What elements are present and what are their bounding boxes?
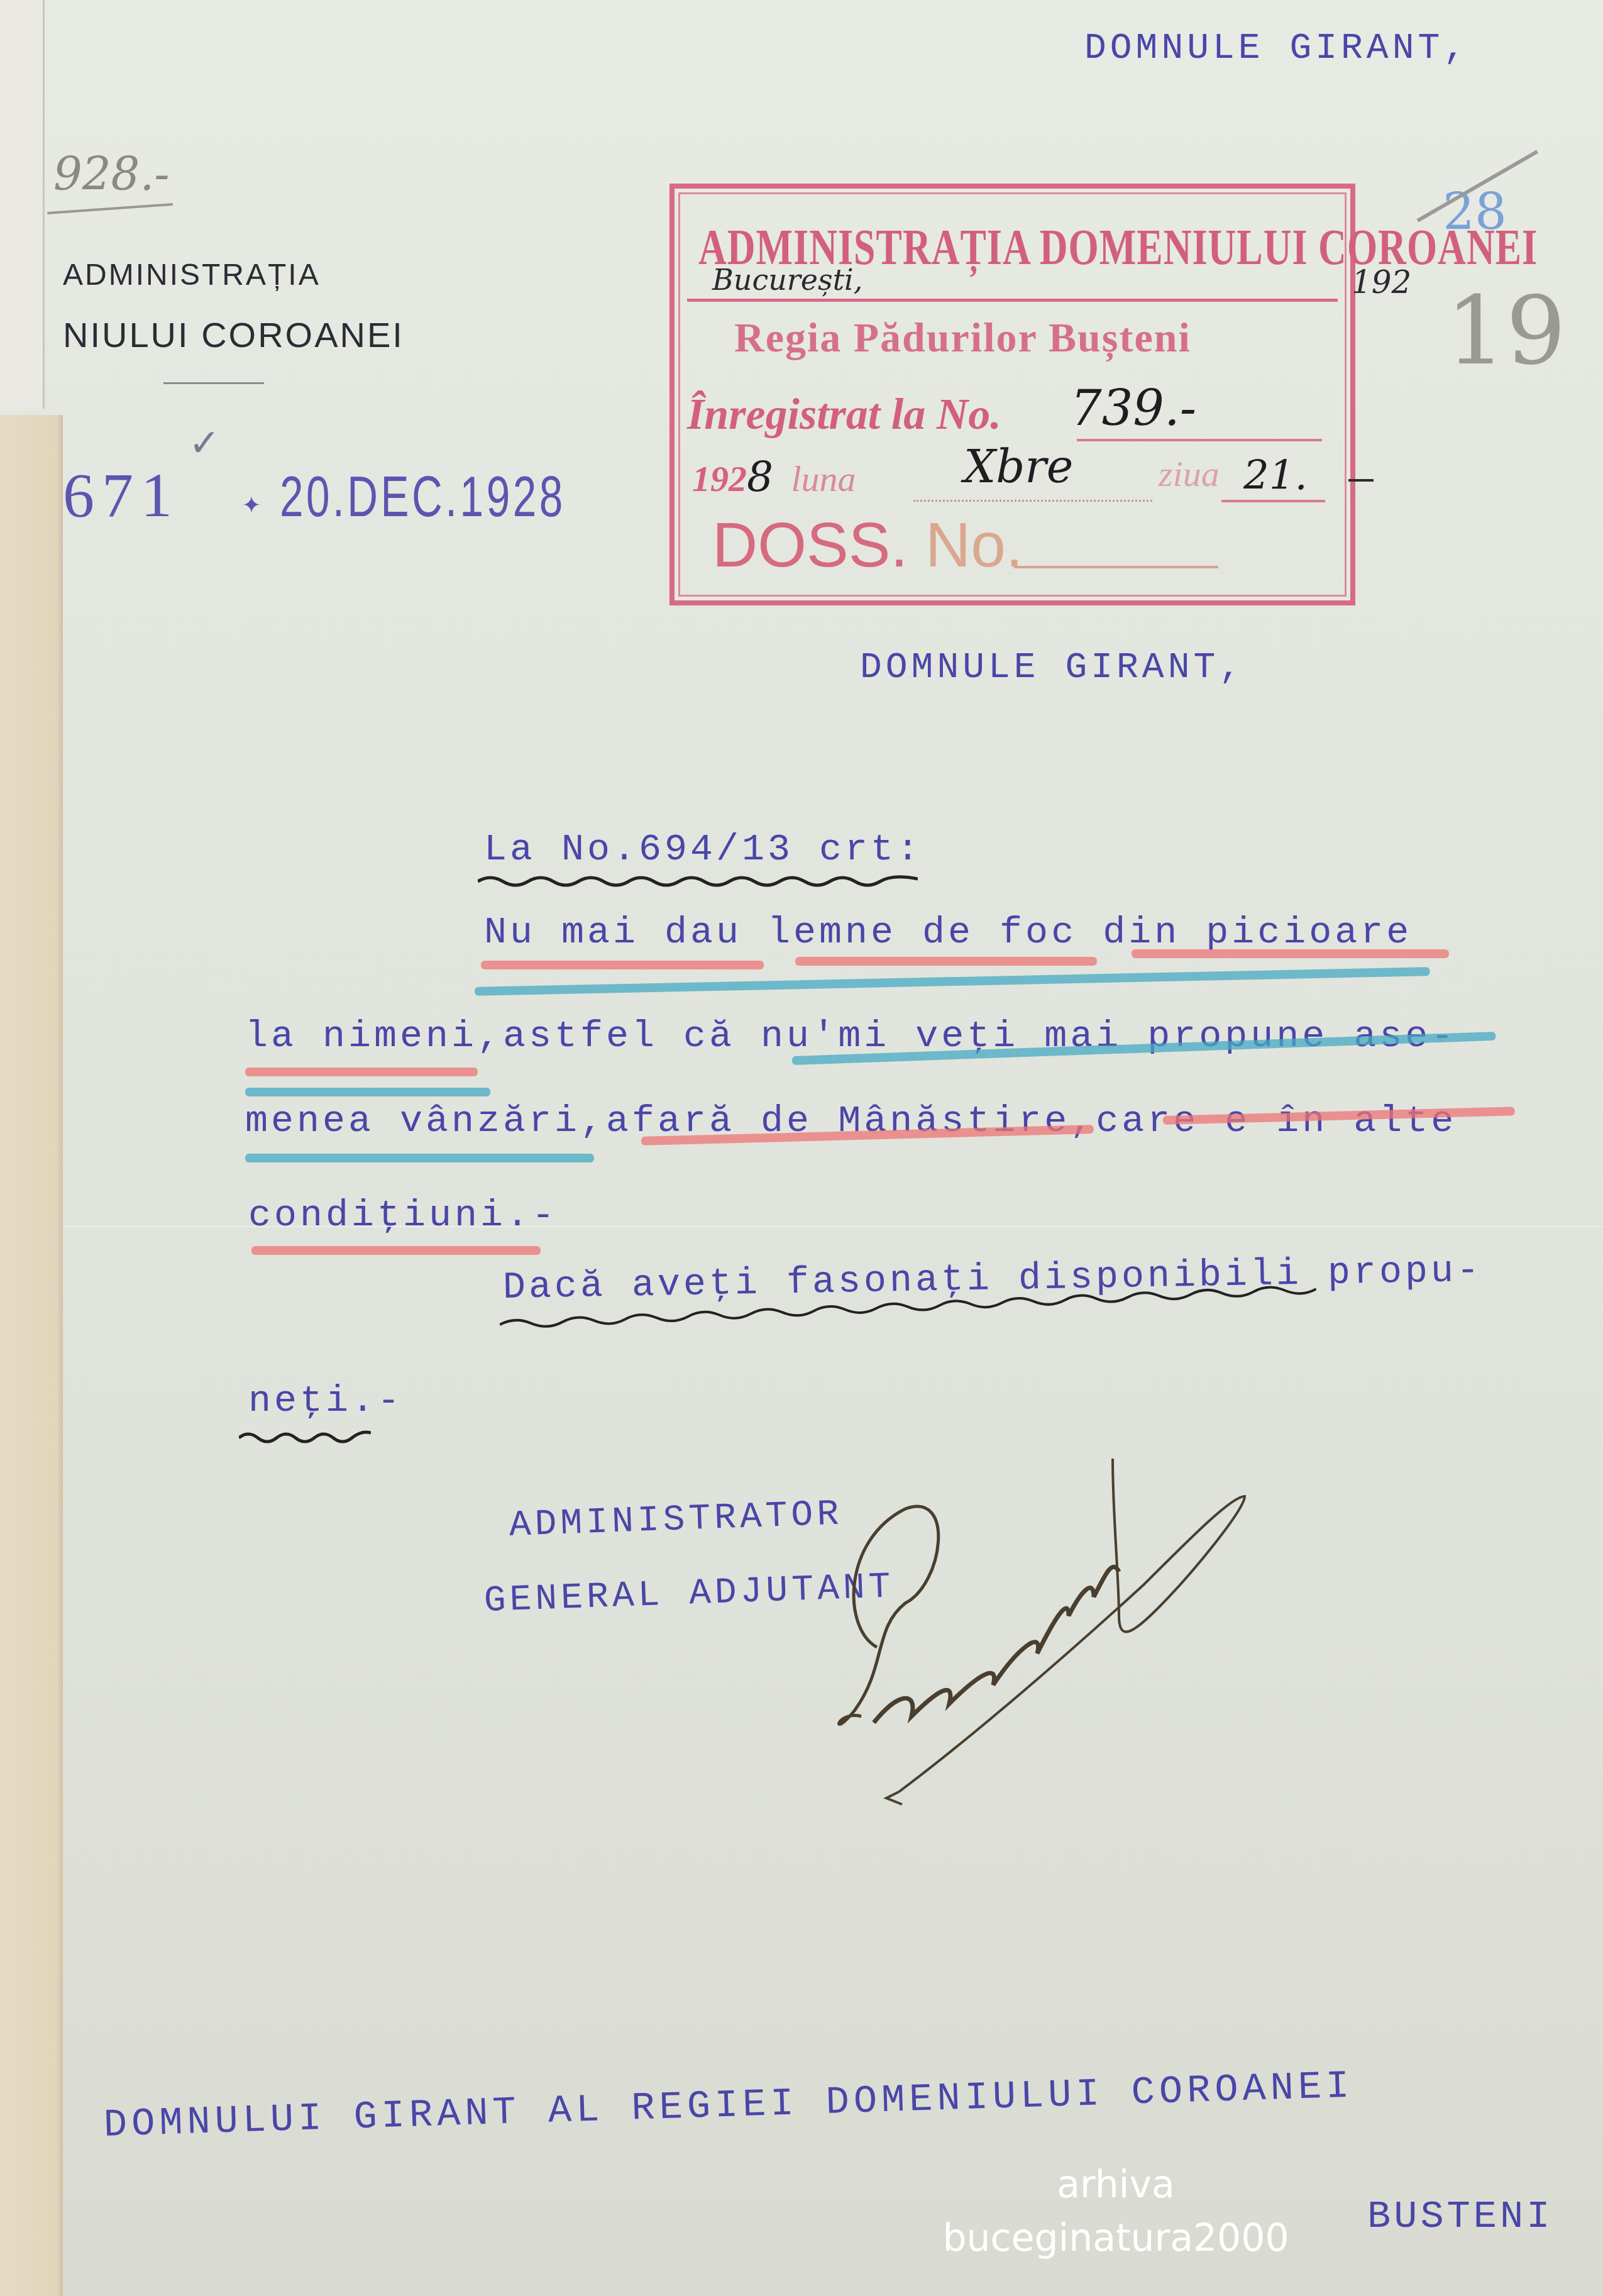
red-highlight <box>481 961 764 969</box>
stamp-registered-label: Înregistrat la No. <box>687 390 1001 440</box>
stamp-day-value: 21. <box>1243 453 1308 499</box>
stamp-month-label: luna <box>791 458 856 499</box>
stamp-city: București, <box>712 263 862 297</box>
document-page: DOMNULE GIRANT, 928.- ADMINISTRAȚIA NIUL… <box>0 0 1603 2296</box>
reference-line: La No.694/13 crt: <box>484 829 922 871</box>
stamp-month-line <box>913 500 1152 502</box>
body-line-4: condiţiuni.- <box>248 1195 558 1237</box>
wavy-underline <box>239 1430 371 1444</box>
stamp-year-handwritten: 8 <box>747 453 773 501</box>
pencil-underline <box>47 203 173 214</box>
registration-stamp: ADMINISTRAȚIA DOMENIULUI COROANEI Bucure… <box>669 184 1355 605</box>
red-highlight <box>1132 949 1449 958</box>
pencil-note: 928.- <box>53 148 170 201</box>
stamp-dossier: DOSS. No. <box>712 509 1023 582</box>
watermark-line-1: arhiva <box>912 2163 1320 2207</box>
reference-underline <box>478 874 918 888</box>
red-highlight <box>795 957 1097 966</box>
body-line-2: la nimeni,astfel că nu'mi veţi mai propu… <box>245 1015 1457 1058</box>
stamp-regia: Regia Pădurilor Bușteni <box>734 314 1191 362</box>
body-line-1: Nu mai dau lemne de foc din picioare <box>484 912 1412 954</box>
body-line-6: neţi.- <box>248 1380 403 1423</box>
check-mark-icon: ✓ <box>189 421 220 465</box>
top-salutation: DOMNULE GIRANT, <box>1084 28 1469 69</box>
location: BUSTENI <box>1367 2194 1553 2239</box>
stamp-dossier-no: No. <box>925 510 1023 580</box>
blue-highlight <box>475 967 1430 996</box>
salutation: DOMNULE GIRANT, <box>860 648 1245 688</box>
page-edge <box>0 0 45 409</box>
outgoing-date: 20.DEC.1928 <box>280 465 566 530</box>
stamp-day-label: ziua <box>1159 453 1220 495</box>
addressee: DOMNULUI GIRANT AL REGIEI DOMENIULUI COR… <box>103 2064 1355 2148</box>
letterhead-divider <box>163 382 264 384</box>
stamp-dossier-line <box>1014 566 1218 568</box>
margin-crossed-number: 28 <box>1443 182 1507 241</box>
handwritten-signature <box>817 1440 1383 1848</box>
signature-title-1: ADMINISTRATOR <box>509 1494 843 1547</box>
stamp-month-value: Xbre <box>964 440 1073 493</box>
stamp-date-row: 1928 luna <box>692 453 856 501</box>
blue-highlight <box>245 1154 594 1162</box>
stamp-dossier-label: DOSS. <box>712 510 908 580</box>
outgoing-number: 671 <box>63 459 180 531</box>
margin-year-prefix: 192 <box>1352 264 1411 301</box>
star-icon: ✦ <box>242 484 261 523</box>
watermark-line-2: buceginatura2000 <box>912 2216 1320 2260</box>
red-highlight <box>251 1246 541 1255</box>
stamp-registered-number: 739.- <box>1071 380 1196 437</box>
stamp-divider <box>687 299 1338 302</box>
stamp-dash <box>1348 479 1374 482</box>
stamp-day-line <box>1221 500 1325 502</box>
letterhead-line2: NIULUI COROANEI <box>63 314 404 355</box>
letterhead-line1: ADMINISTRAȚIA <box>63 258 321 292</box>
margin-pencil-number: 19 <box>1446 277 1566 386</box>
folder-strip <box>0 415 63 2296</box>
stamp-year-label: 192 <box>692 458 747 499</box>
red-highlight <box>245 1068 478 1076</box>
stamp-registered-line <box>1077 439 1322 441</box>
blue-highlight <box>245 1088 490 1096</box>
